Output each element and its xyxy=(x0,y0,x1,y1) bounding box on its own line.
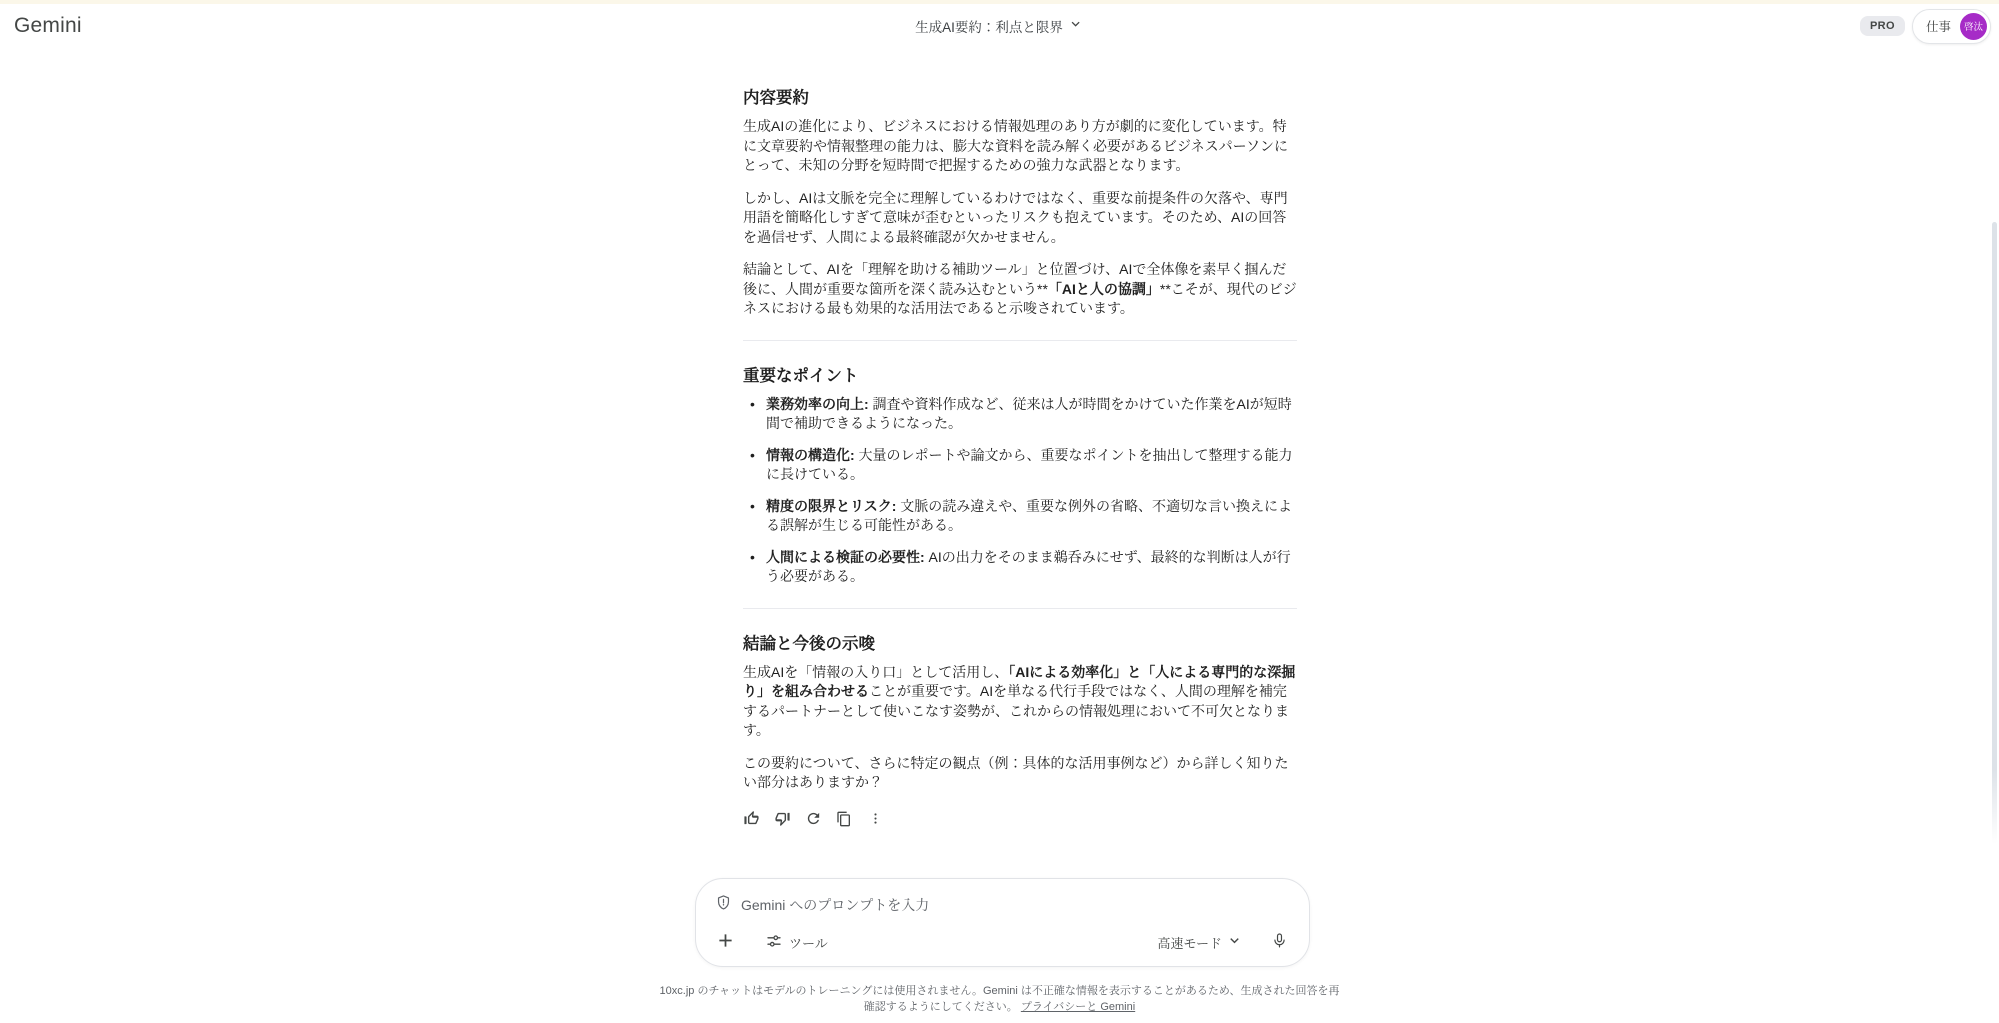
bullet-label: 精度の限界とリスク: xyxy=(766,498,896,514)
thumbs-up-button[interactable] xyxy=(738,806,764,832)
section-heading: 重要なポイント xyxy=(743,362,1297,386)
paragraph: 結論として、AIを「理解を助ける補助ツール」と位置づけ、AIで全体像を素早く掴ん… xyxy=(743,260,1297,319)
more-vert-icon xyxy=(868,811,883,826)
bullet-label: 情報の構造化: xyxy=(766,447,855,463)
copy-icon xyxy=(836,811,852,827)
thumbs-up-icon xyxy=(743,810,760,827)
tools-label: ツール xyxy=(789,933,828,952)
plus-icon xyxy=(715,930,736,954)
section-content-summary: 内容要約 生成AIの進化により、ビジネスにおける情報処理のあり方が劇的に変化して… xyxy=(743,84,1297,319)
privacy-link[interactable]: プライバシーと Gemini xyxy=(1021,1001,1135,1013)
redo-icon xyxy=(805,810,822,827)
disclaimer-text: 10xc.jp のチャットはモデルのトレーニングには使用されません。Gemini… xyxy=(660,985,1340,1013)
paragraph: この要約について、さらに特定の観点（例：具体的な活用事例など）から詳しく知りたい… xyxy=(743,754,1297,793)
mode-label: 高速モード xyxy=(1158,933,1222,952)
more-options-button[interactable] xyxy=(862,806,888,832)
scrollbar[interactable] xyxy=(1992,222,1997,844)
add-attachment-button[interactable] xyxy=(715,930,736,954)
app-header: Gemini 生成AI要約：利点と限界 PRO 仕事 啓汰 xyxy=(0,4,1999,48)
text-run: 生成AIを「情報の入り口」として活用し、 xyxy=(743,664,1008,680)
section-key-points: 重要なポイント 業務効率の向上: 調査や資料作成など、従来は人が時間をかけていた… xyxy=(743,362,1297,587)
thumbs-down-button[interactable] xyxy=(769,806,795,832)
mode-selector[interactable]: 高速モード xyxy=(1154,930,1247,954)
bullet-label: 業務効率の向上: xyxy=(766,396,869,412)
section-conclusion: 結論と今後の示唆 生成AIを「情報の入り口」として活用し、「AIによる効率化」と… xyxy=(743,630,1297,793)
account-label: 仕事 xyxy=(1926,17,1951,35)
prompt-composer: ツール 高速モード xyxy=(695,878,1310,967)
sliders-icon xyxy=(766,933,782,952)
tools-button[interactable]: ツール xyxy=(762,931,832,954)
thumbs-down-icon xyxy=(774,810,791,827)
conversation-title: 生成AI要約：利点と限界 xyxy=(915,16,1063,36)
list-item: 人間による検証の必要性: AIの出力をそのまま鵜呑みにせず、最終的な判断は人が行… xyxy=(749,548,1297,587)
account-pill[interactable]: 仕事 啓汰 xyxy=(1912,9,1991,44)
microphone-button[interactable] xyxy=(1269,930,1290,954)
list-item: 情報の構造化: 大量のレポートや論文から、重要なポイントを抽出して整理する能力に… xyxy=(749,446,1297,485)
regenerate-button[interactable] xyxy=(800,806,826,832)
header-right-group: PRO 仕事 啓汰 xyxy=(1860,9,1991,44)
shield-icon xyxy=(715,894,732,916)
disclaimer-footer: 10xc.jp のチャットはモデルのトレーニングには使用されません。Gemini… xyxy=(0,984,1999,1015)
section-heading: 結論と今後の示唆 xyxy=(743,630,1297,654)
bullet-list: 業務効率の向上: 調査や資料作成など、従来は人が時間をかけていた作業をAIが短時… xyxy=(743,395,1297,587)
list-item: 業務効率の向上: 調査や資料作成など、従来は人が時間をかけていた作業をAIが短時… xyxy=(749,395,1297,434)
avatar[interactable]: 啓汰 xyxy=(1960,13,1987,40)
section-heading: 内容要約 xyxy=(743,84,1297,108)
composer-input-row xyxy=(715,894,1290,916)
bold-text-run: 「AIと人の協調」 xyxy=(1048,281,1160,297)
gemini-logo[interactable]: Gemini xyxy=(14,14,82,38)
assistant-message: 内容要約 生成AIの進化により、ビジネスにおける情報処理のあり方が劇的に変化して… xyxy=(743,48,1297,832)
paragraph: 生成AIを「情報の入り口」として活用し、「AIによる効率化」と「人による専門的な… xyxy=(743,663,1297,741)
section-divider xyxy=(743,340,1297,341)
microphone-icon xyxy=(1271,937,1288,952)
chevron-down-icon xyxy=(1226,932,1243,952)
bullet-label: 人間による検証の必要性: xyxy=(766,549,925,565)
chevron-down-icon xyxy=(1068,16,1084,37)
composer-toolbar: ツール 高速モード xyxy=(715,930,1290,954)
section-divider xyxy=(743,608,1297,609)
paragraph: しかし、AIは文脈を完全に理解しているわけではなく、重要な前提条件の欠落や、専門… xyxy=(743,189,1297,248)
paragraph: 生成AIの進化により、ビジネスにおける情報処理のあり方が劇的に変化しています。特… xyxy=(743,117,1297,176)
conversation-title-dropdown[interactable]: 生成AI要約：利点と限界 xyxy=(915,16,1084,37)
prompt-input[interactable] xyxy=(741,897,1290,913)
response-actions xyxy=(738,806,1297,832)
copy-button[interactable] xyxy=(831,806,857,832)
pro-badge: PRO xyxy=(1860,16,1905,36)
list-item: 精度の限界とリスク: 文脈の読み違えや、重要な例外の省略、不適切な言い換えによる… xyxy=(749,497,1297,536)
